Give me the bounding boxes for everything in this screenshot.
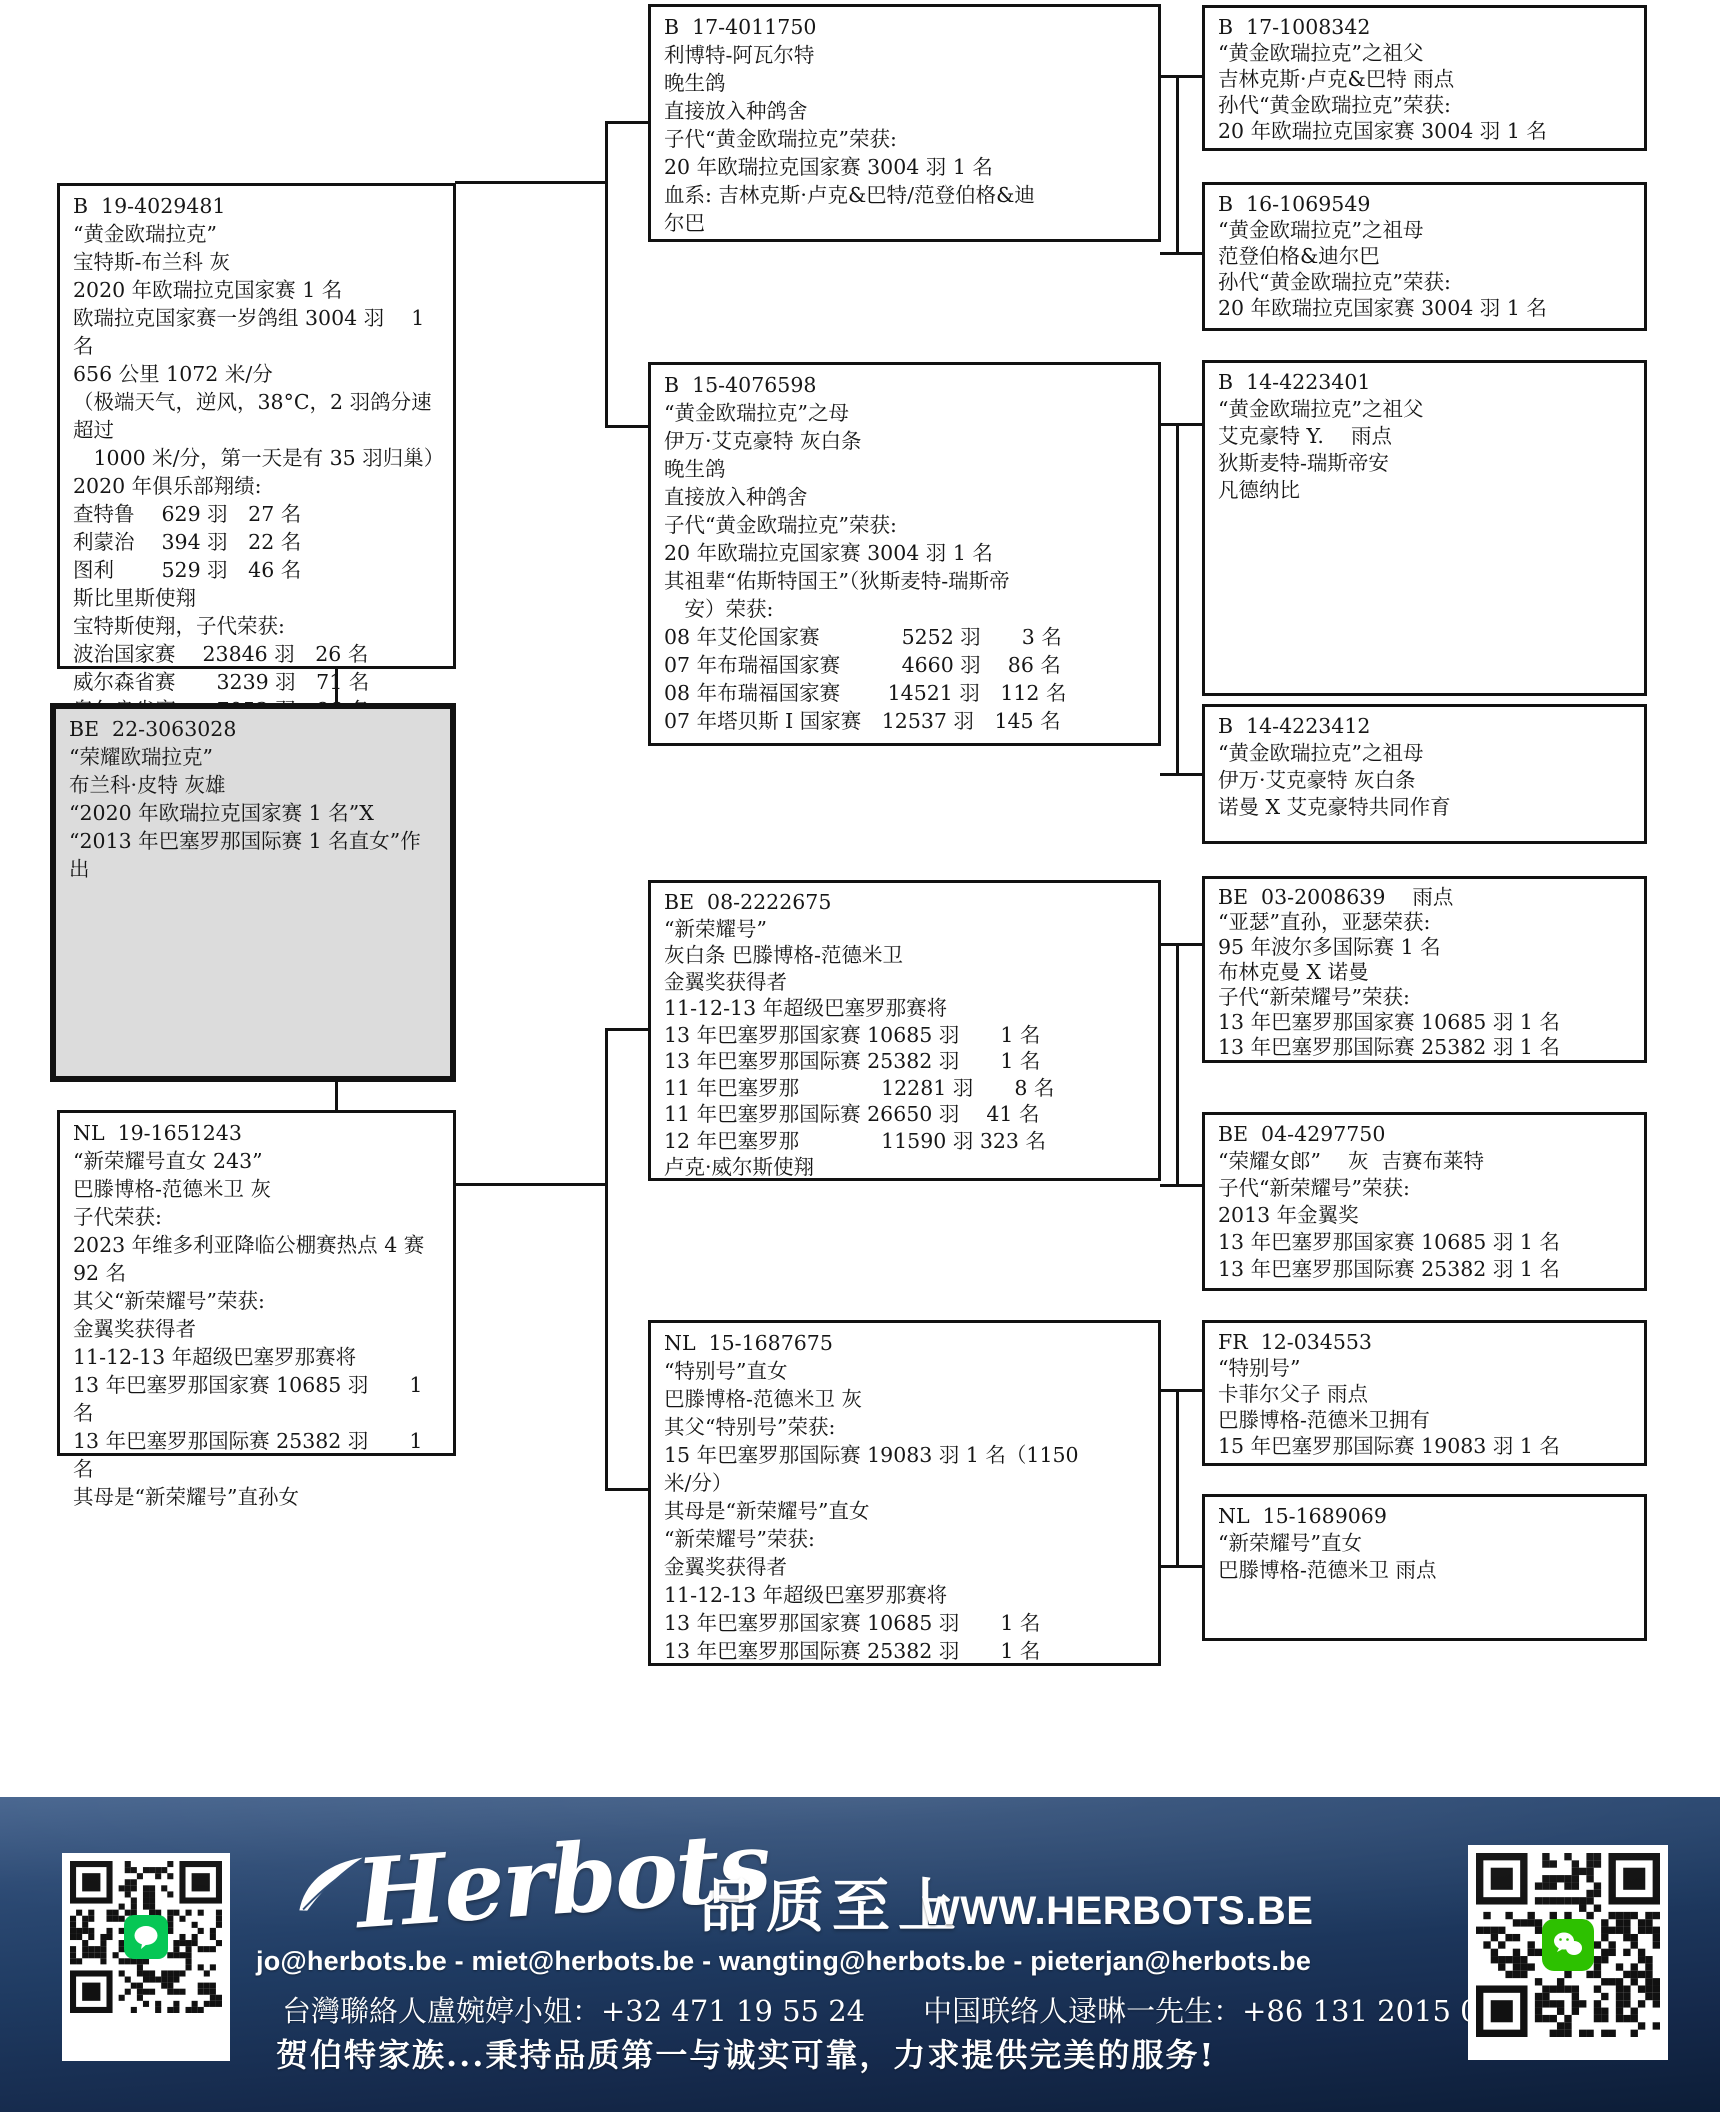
pedigree-line: “特别号”: [1218, 1355, 1634, 1381]
pedigree-line: 15 年巴塞罗那国际赛 19083 羽 1 名: [1218, 1433, 1634, 1459]
pedigree-line: 656 公里 1072 米/分: [73, 360, 443, 388]
pedigree-line: 15 年巴塞罗那国际赛 19083 羽 1 名（1150: [664, 1441, 1148, 1469]
pedigree-line: 11-12-13 年超级巴塞罗那赛将: [664, 995, 1148, 1022]
pedigree-line: 13 年巴塞罗那国际赛 25382 羽 1 名: [664, 1637, 1148, 1665]
pedigree-line: 诺曼 X 艾克豪特共同作育: [1218, 794, 1634, 821]
connector-line: [605, 121, 648, 124]
pedigree-line: 08 年布瑞福国家赛 14521 羽 112 名: [664, 679, 1148, 707]
pedigree-line: 米/分）: [664, 1469, 1148, 1497]
pedigree-line: 11 年巴塞罗那 12281 羽 8 名: [664, 1075, 1148, 1102]
pedigree-box-b19-4029481: B 19-4029481“黄金欧瑞拉克”宝特斯-布兰科 灰2020 年欧瑞拉克国…: [57, 183, 456, 669]
pedigree-line: 欧瑞拉克国家赛一岁鸽组 3004 羽 1 名: [73, 304, 443, 360]
pedigree-line: 血系: 吉林克斯·卢克&巴特/范登伯格&迪: [664, 181, 1148, 209]
pedigree-line: NL 15-1687675: [664, 1329, 1148, 1357]
footer-contacts: 台灣聯絡人盧婉婷小姐：+32 471 19 55 24 中国联络人逯晽一先生：+…: [282, 1989, 1534, 2030]
pedigree-line: 07 年布瑞福国家赛 4660 羽 86 名: [664, 651, 1148, 679]
pedigree-line: BE 22-3063028: [69, 715, 440, 743]
pedigree-line: 95 年波尔多国际赛 1 名: [1218, 935, 1634, 960]
pedigree-line: “黄金欧瑞拉克”: [73, 220, 443, 248]
pedigree-line: 巴滕博格-范德米卫 灰: [73, 1175, 443, 1203]
pedigree-line: “荣耀欧瑞拉克”: [69, 743, 440, 771]
connector-line: [335, 668, 338, 705]
pedigree-line: 范登伯格&迪尔巴: [1218, 243, 1634, 269]
pedigree-line: 其母是“新荣耀号”直女: [664, 1497, 1148, 1525]
pedigree-line: 伊万·艾克豪特 灰白条: [664, 427, 1148, 455]
pedigree-box-nl19-1651243: NL 19-1651243“新荣耀号直女 243”巴滕博格-范德米卫 灰子代荣获…: [57, 1110, 456, 1456]
pedigree-line: “黄金欧瑞拉克”之母: [664, 399, 1148, 427]
footer-banner: Herbots 品质至上 WWW.HERBOTS.BE jo@herbots.b…: [0, 1797, 1720, 2112]
pedigree-line: “黄金欧瑞拉克”之祖母: [1218, 217, 1634, 243]
pedigree-line: B 15-4076598: [664, 371, 1148, 399]
pedigree-line: “荣耀女郎” 灰 吉赛布莱特: [1218, 1148, 1634, 1175]
pedigree-line: 巴滕博格-范德米卫拥有: [1218, 1407, 1634, 1433]
connector-line: [1176, 943, 1179, 1187]
pedigree-line: 直接放入种鸽舍: [664, 97, 1148, 125]
pedigree-line: 金翼奖获得者: [73, 1315, 443, 1343]
pedigree-line: “黄金欧瑞拉克”之祖父: [1218, 396, 1634, 423]
pedigree-line: 查特鲁 629 羽 27 名: [73, 500, 443, 528]
pedigree-line: “新荣耀号”: [664, 916, 1148, 943]
pedigree-box-b17-4011750: B 17-4011750利博特-阿瓦尔特晚生鸽直接放入种鸽舍子代“黄金欧瑞拉克”…: [648, 4, 1161, 242]
pedigree-line: 宝特斯使翔，子代荣获:: [73, 612, 443, 640]
pedigree-line: “新荣耀号”荣获:: [664, 1525, 1148, 1553]
pedigree-line: 12 年巴塞罗那 11590 羽 323 名: [664, 1128, 1148, 1155]
pedigree-line: 孙代“黄金欧瑞拉克”荣获:: [1218, 92, 1634, 118]
pedigree-line: 宝特斯-布兰科 灰: [73, 248, 443, 276]
pedigree-line: 卡菲尔父子 雨点: [1218, 1381, 1634, 1407]
pedigree-line: 11-12-13 年超级巴塞罗那赛将: [73, 1343, 443, 1371]
pedigree-line: 利博特-阿瓦尔特: [664, 41, 1148, 69]
pedigree-line: 波治国家赛 23846 羽 26 名: [73, 640, 443, 668]
connector-line: [1160, 1565, 1202, 1568]
pedigree-line: 08 年艾伦国家赛 5252 羽 3 名: [664, 623, 1148, 651]
pedigree-line: 尔巴: [664, 209, 1148, 237]
pedigree-line: 13 年巴塞罗那国际赛 25382 羽 1 名: [1218, 1256, 1634, 1283]
pedigree-line: 2013 年金翼奖: [1218, 1202, 1634, 1229]
pedigree-line: “黄金欧瑞拉克”之祖母: [1218, 740, 1634, 767]
connector-line: [605, 1028, 648, 1031]
connector-line: [605, 1028, 608, 1491]
pedigree-line: B 14-4223412: [1218, 713, 1634, 740]
pedigree-box-b15-4076598: B 15-4076598“黄金欧瑞拉克”之母伊万·艾克豪特 灰白条晚生鸽直接放入…: [648, 362, 1161, 746]
pedigree-line: 金翼奖获得者: [664, 1553, 1148, 1581]
footer-website: WWW.HERBOTS.BE: [922, 1889, 1313, 1934]
connector-line: [1160, 1184, 1202, 1187]
pedigree-line: 金翼奖获得者: [664, 969, 1148, 996]
connector-line: [1176, 423, 1179, 776]
pedigree-line: 其父“特别号”荣获:: [664, 1413, 1148, 1441]
qr-code-left: [62, 1853, 230, 2061]
pedigree-box-subject-be22-3063028: BE 22-3063028“荣耀欧瑞拉克”布兰科·皮特 灰雄“2020 年欧瑞拉…: [50, 703, 456, 1082]
pedigree-box-be03-2008639: BE 03-2008639 雨点“亚瑟”直孙，亚瑟荣获:95 年波尔多国际赛 1…: [1202, 876, 1647, 1063]
pedigree-line: 11 年巴塞罗那国际赛 26650 羽 41 名: [664, 1101, 1148, 1128]
pedigree-line: 子代“新荣耀号”荣获:: [1218, 985, 1634, 1010]
pedigree-line: 吉林克斯·卢克&巴特 雨点: [1218, 66, 1634, 92]
pedigree-line: 13 年巴塞罗那国家赛 10685 羽 1 名: [664, 1022, 1148, 1049]
pedigree-line: B 19-4029481: [73, 192, 443, 220]
pedigree-line: “亚瑟”直孙，亚瑟荣获:: [1218, 910, 1634, 935]
pedigree-line: 凡德纳比: [1218, 477, 1634, 504]
connector-line: [1160, 1389, 1202, 1392]
pedigree-line: 布兰科·皮特 灰雄: [69, 771, 440, 799]
pedigree-box-b16-1069549: B 16-1069549“黄金欧瑞拉克”之祖母范登伯格&迪尔巴孙代“黄金欧瑞拉克…: [1202, 182, 1647, 331]
connector-line: [455, 181, 605, 184]
footer-emails: jo@herbots.be - miet@herbots.be - wangti…: [256, 1946, 1311, 1977]
pedigree-line: 巴滕博格-范德米卫 灰: [664, 1385, 1148, 1413]
pedigree-line: 2020 年欧瑞拉克国家赛 1 名: [73, 276, 443, 304]
pedigree-line: 利蒙治 394 羽 22 名: [73, 528, 443, 556]
wechat-icon: [1542, 1919, 1594, 1971]
qr-code-right: [1468, 1845, 1668, 2060]
pedigree-line: 巴滕博格-范德米卫 雨点: [1218, 1557, 1634, 1584]
pedigree-line: 布林克曼 X 诺曼: [1218, 960, 1634, 985]
pedigree-line: 晚生鸽: [664, 455, 1148, 483]
pedigree-line: 20 年欧瑞拉克国家赛 3004 羽 1 名: [664, 539, 1148, 567]
pedigree-line: B 17-4011750: [664, 13, 1148, 41]
pedigree-line: （极端天气，逆风，38°C，2 羽鸽分速超过: [73, 388, 443, 444]
pedigree-line: “特别号”直女: [664, 1357, 1148, 1385]
pedigree-line: 威尔森省赛 3239 羽 71 名: [73, 668, 443, 696]
connector-line: [1176, 75, 1179, 255]
pedigree-line: 1000 米/分，第一天是有 35 羽归巢）: [73, 444, 443, 472]
pedigree-line: “2013 年巴塞罗那国际赛 1 名直女”作出: [69, 827, 440, 883]
pedigree-line: B 17-1008342: [1218, 14, 1634, 40]
pedigree-line: BE 03-2008639 雨点: [1218, 885, 1634, 910]
pedigree-box-be04-4297750: BE 04-4297750“荣耀女郎” 灰 吉赛布莱特子代“新荣耀号”荣获:20…: [1202, 1112, 1647, 1291]
pedigree-line: 子代“黄金欧瑞拉克”荣获:: [664, 125, 1148, 153]
connector-line: [1160, 943, 1202, 946]
pedigree-box-b17-1008342: B 17-1008342“黄金欧瑞拉克”之祖父吉林克斯·卢克&巴特 雨点孙代“黄…: [1202, 5, 1647, 151]
pedigree-line: 13 年巴塞罗那国际赛 25382 羽 1 名: [73, 1427, 443, 1483]
pedigree-page: B 19-4029481“黄金欧瑞拉克”宝特斯-布兰科 灰2020 年欧瑞拉克国…: [0, 0, 1720, 2112]
connector-line: [1160, 773, 1202, 776]
connector-line: [1160, 423, 1202, 426]
pedigree-line: 伊万·艾克豪特 灰白条: [1218, 767, 1634, 794]
pedigree-line: 13 年巴塞罗那国家赛 10685 羽 1 名: [1218, 1010, 1634, 1035]
pedigree-line: “新荣耀号”直女: [1218, 1530, 1634, 1557]
pedigree-line: 子代“黄金欧瑞拉克”荣获:: [664, 511, 1148, 539]
pedigree-line: 13 年巴塞罗那国家赛 10685 羽 1 名: [664, 1609, 1148, 1637]
connector-line: [1160, 75, 1202, 78]
pedigree-line: 艾克豪特 Y. 雨点: [1218, 423, 1634, 450]
pedigree-line: 其父“新荣耀号”荣获:: [73, 1287, 443, 1315]
pedigree-line: 13 年巴塞罗那国家赛 10685 羽 1 名: [1218, 1229, 1634, 1256]
pedigree-line: BE 04-4297750: [1218, 1121, 1634, 1148]
connector-line: [1160, 252, 1202, 255]
connector-line: [605, 1488, 648, 1491]
pedigree-line: 2023 年维多利亚降临公棚赛热点 4 赛 92 名: [73, 1231, 443, 1287]
connector-line: [605, 425, 648, 428]
pedigree-line: 孙代“黄金欧瑞拉克”荣获:: [1218, 269, 1634, 295]
pedigree-line: 直接放入种鸽舍: [664, 483, 1148, 511]
line-app-icon: [124, 1915, 168, 1959]
pedigree-line: BE 08-2222675: [664, 889, 1148, 916]
pedigree-line: 2020 年俱乐部翔绩:: [73, 472, 443, 500]
pedigree-line: 斯比里斯使翔: [73, 584, 443, 612]
pedigree-line: 20 年欧瑞拉克国家赛 3004 羽 1 名: [1218, 118, 1634, 144]
pedigree-line: 13 年巴塞罗那国际赛 25382 羽 1 名: [1218, 1035, 1634, 1060]
pedigree-line: 安）荣获:: [664, 595, 1148, 623]
pedigree-line: 卢克·威尔斯使翔: [664, 1154, 1148, 1181]
pedigree-line: 20 年欧瑞拉克国家赛 3004 羽 1 名: [664, 153, 1148, 181]
pedigree-line: 07 年塔贝斯 I 国家赛 12537 羽 145 名: [664, 707, 1148, 735]
pedigree-line: “2020 年欧瑞拉克国家赛 1 名”X: [69, 799, 440, 827]
connector-line: [1176, 1389, 1179, 1568]
pedigree-line: 其母是“新荣耀号”直孙女: [73, 1483, 443, 1511]
pedigree-box-nl15-1689069: NL 15-1689069“新荣耀号”直女巴滕博格-范德米卫 雨点: [1202, 1494, 1647, 1641]
pedigree-line: 13 年巴塞罗那国家赛 10685 羽 1 名: [73, 1371, 443, 1427]
pedigree-line: NL 15-1689069: [1218, 1503, 1634, 1530]
pedigree-box-be08-2222675: BE 08-2222675“新荣耀号”灰白条 巴滕博格-范德米卫金翼奖获得者11…: [648, 880, 1161, 1181]
pedigree-line: 其祖辈“佑斯特国王”（狄斯麦特-瑞斯帝: [664, 567, 1148, 595]
footer-slogan: 贺伯特家族...秉持品质第一与诚实可靠，力求提供完美的服务!: [276, 2030, 1215, 2076]
pedigree-line: “新荣耀号直女 243”: [73, 1147, 443, 1175]
pedigree-line: 狄斯麦特-瑞斯帝安: [1218, 450, 1634, 477]
pedigree-line: “黄金欧瑞拉克”之祖父: [1218, 40, 1634, 66]
pedigree-line: 图利 529 羽 46 名: [73, 556, 443, 584]
connector-line: [335, 1080, 338, 1112]
pedigree-box-nl15-1687675: NL 15-1687675“特别号”直女巴滕博格-范德米卫 灰其父“特别号”荣获…: [648, 1320, 1161, 1666]
connector-line: [605, 121, 608, 428]
pedigree-line: 11-12-13 年超级巴塞罗那赛将: [664, 1581, 1148, 1609]
pedigree-line: 13 年巴塞罗那国际赛 25382 羽 1 名: [664, 1048, 1148, 1075]
pedigree-line: NL 19-1651243: [73, 1119, 443, 1147]
pedigree-box-b14-4223401: B 14-4223401“黄金欧瑞拉克”之祖父艾克豪特 Y. 雨点狄斯麦特-瑞斯…: [1202, 360, 1647, 696]
pedigree-box-fr12-034553: FR 12-034553“特别号”卡菲尔父子 雨点巴滕博格-范德米卫拥有15 年…: [1202, 1320, 1647, 1466]
pedigree-line: 子代荣获:: [73, 1203, 443, 1231]
pedigree-line: FR 12-034553: [1218, 1329, 1634, 1355]
pedigree-line: 灰白条 巴滕博格-范德米卫: [664, 942, 1148, 969]
pedigree-line: 晚生鸽: [664, 69, 1148, 97]
connector-line: [455, 1183, 605, 1186]
pedigree-line: B 14-4223401: [1218, 369, 1634, 396]
pedigree-line: 子代“新荣耀号”荣获:: [1218, 1175, 1634, 1202]
pedigree-line: 20 年欧瑞拉克国家赛 3004 羽 1 名: [1218, 295, 1634, 321]
pedigree-line: B 16-1069549: [1218, 191, 1634, 217]
pedigree-box-b14-4223412: B 14-4223412“黄金欧瑞拉克”之祖母伊万·艾克豪特 灰白条诺曼 X 艾…: [1202, 704, 1647, 844]
